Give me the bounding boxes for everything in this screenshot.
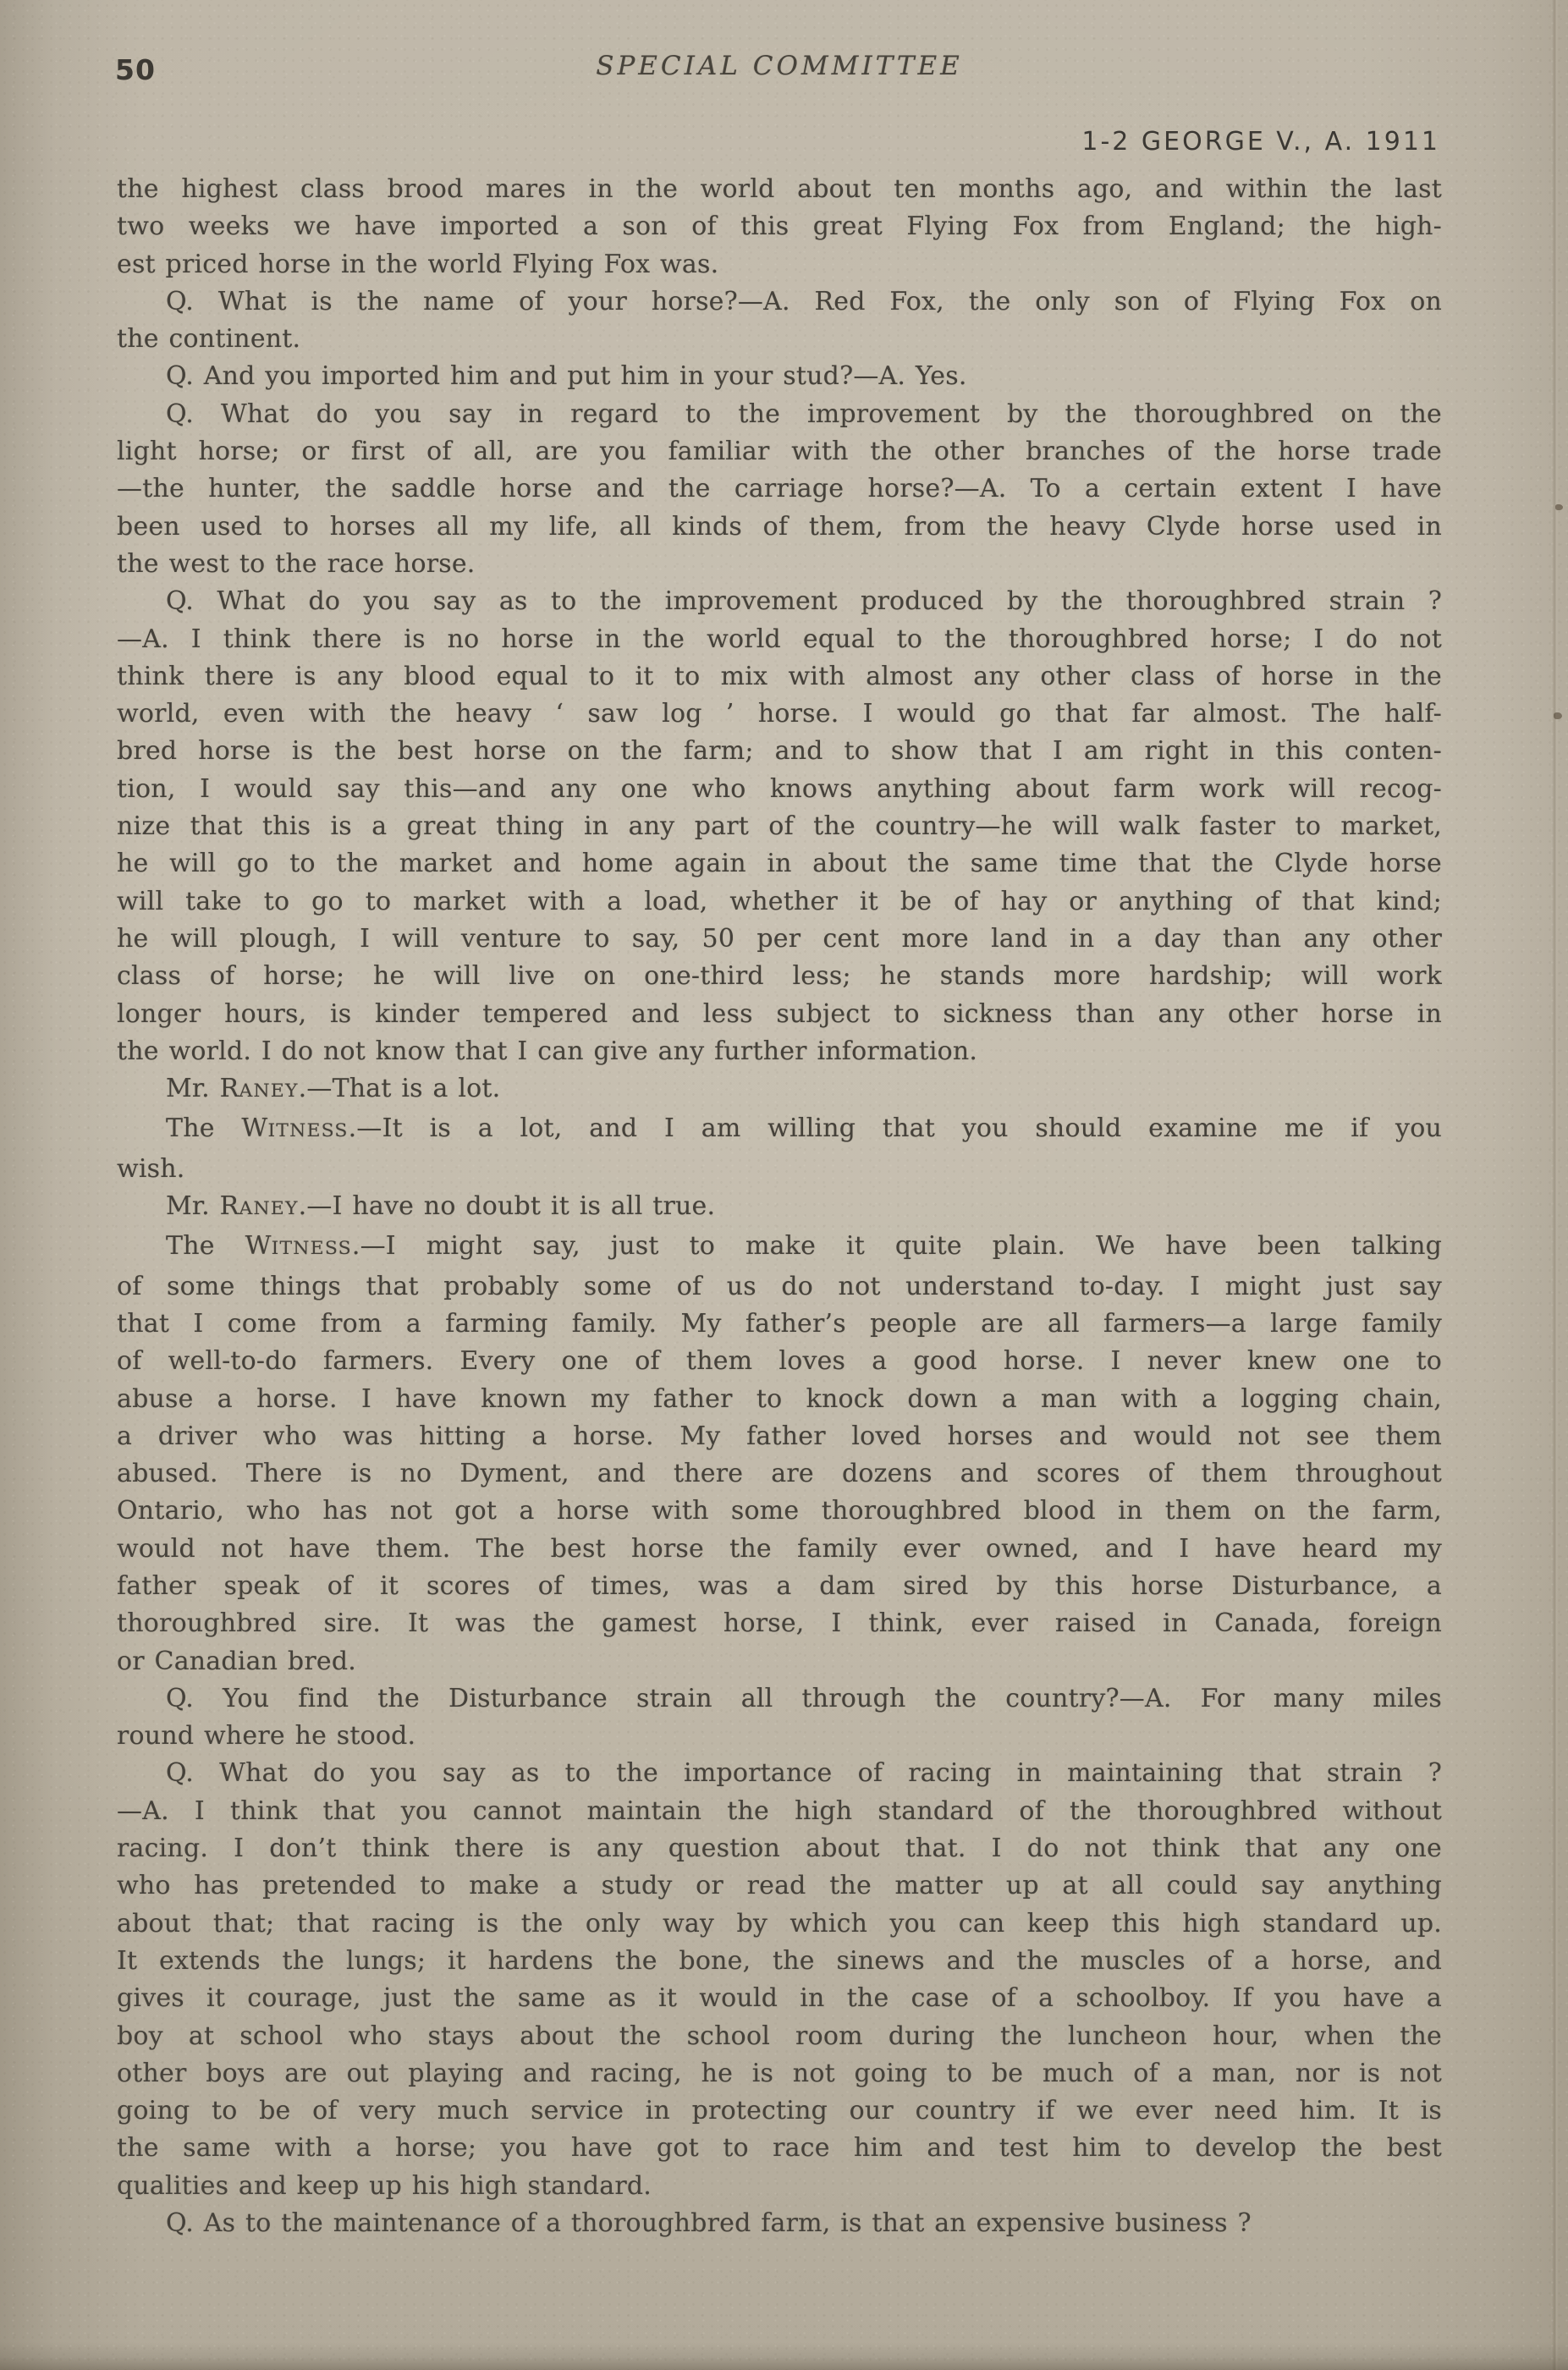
text-segment: Mr. R xyxy=(166,1191,239,1221)
page-number: 50 xyxy=(115,53,156,86)
text-segment: Q. What do you say as to the improvement… xyxy=(166,586,1442,616)
text-segment: of well-to-do farmers. Every one of them… xyxy=(117,1346,1442,1376)
text-segment: —A. I think that you cannot maintain the… xyxy=(117,1796,1442,1826)
text-line: he will plough, I will venture to say, 5… xyxy=(117,921,1442,958)
text-segment: Q. What is the name of your horse?—A. Re… xyxy=(166,287,1442,316)
text-segment: .—It is a lot, and I am willing that you… xyxy=(349,1114,1442,1143)
text-block: the highest class brood mares in the wor… xyxy=(117,171,1442,2242)
text-segment: been used to horses all my life, all kin… xyxy=(117,512,1442,542)
text-segment: Ontario, who has not got a horse with so… xyxy=(117,1496,1442,1526)
paragraph: Q. What is the name of your horse?—A. Re… xyxy=(117,283,1442,359)
text-segment: a driver who was hitting a horse. My fat… xyxy=(117,1421,1442,1451)
text-segment: father speak of it scores of times, was … xyxy=(117,1571,1442,1601)
text-line: class of horse; he will live on one-thir… xyxy=(117,958,1442,995)
page-edge-nick xyxy=(1555,504,1563,510)
text-line: Q. And you imported him and put him in y… xyxy=(117,358,1442,395)
text-segment: Q. You find the Disturbance strain all t… xyxy=(166,1684,1442,1713)
text-segment: the continent. xyxy=(117,324,300,354)
page-header: 50 SPECIAL COMMITTEE xyxy=(117,51,1442,86)
text-line: light horse; or first of all, are you fa… xyxy=(117,433,1442,470)
text-line: Q. What is the name of your horse?—A. Re… xyxy=(117,283,1442,321)
text-line: bred horse is the best horse on the farm… xyxy=(117,733,1442,770)
text-segment: the same with a horse; you have got to r… xyxy=(117,2133,1442,2163)
text-line: —A. I think that you cannot maintain the… xyxy=(117,1793,1442,1830)
text-segment: The W xyxy=(166,1114,267,1143)
session-line: 1-2 GEORGE V., A. 1911 xyxy=(117,127,1442,157)
text-line: wish. xyxy=(117,1151,1442,1188)
text-line: will take to go to market with a load, w… xyxy=(117,883,1442,921)
text-line: of well-to-do farmers. Every one of them… xyxy=(117,1343,1442,1380)
text-line: nize that this is a great thing in any p… xyxy=(117,808,1442,845)
text-line: think there is any blood equal to it to … xyxy=(117,658,1442,696)
text-segment: world, even with the heavy ‘ saw log ’ h… xyxy=(117,699,1442,729)
text-segment: two weeks we have imported a son of this… xyxy=(117,212,1442,241)
text-line: other boys are out playing and racing, h… xyxy=(117,2055,1442,2092)
text-segment: Q. As to the maintenance of a thoroughbr… xyxy=(166,2208,1252,2238)
text-line: Ontario, who has not got a horse with so… xyxy=(117,1493,1442,1530)
paragraph: Q. And you imported him and put him in y… xyxy=(117,358,1442,395)
running-title: SPECIAL COMMITTEE xyxy=(117,51,1442,81)
paragraph: the highest class brood mares in the wor… xyxy=(117,171,1442,283)
text-segment: or Canadian bred. xyxy=(117,1647,356,1676)
text-line: boy at school who stays about the school… xyxy=(117,2018,1442,2055)
small-caps-text: ITNESS xyxy=(267,1120,348,1141)
text-segment: longer hours, is kinder tempered and les… xyxy=(117,999,1442,1029)
text-segment: wish. xyxy=(117,1154,185,1184)
text-line: qualities and keep up his high standard. xyxy=(117,2168,1442,2205)
text-line: abuse a horse. I have known my father to… xyxy=(117,1381,1442,1418)
paragraph: The WITNESS.—I might say, just to make i… xyxy=(117,1228,1442,1680)
text-segment: nize that this is a great thing in any p… xyxy=(117,811,1442,841)
text-line: Q. What do you say as to the importance … xyxy=(117,1755,1442,1792)
text-segment: It extends the lungs; it hardens the bon… xyxy=(117,1946,1442,1976)
text-line: a driver who was hitting a horse. My fat… xyxy=(117,1418,1442,1455)
text-segment: tion, I would say this—and any one who k… xyxy=(117,774,1442,804)
text-line: Q. You find the Disturbance strain all t… xyxy=(117,1680,1442,1718)
text-segment: Q. What do you say in regard to the impr… xyxy=(166,399,1442,429)
text-segment: will take to go to market with a load, w… xyxy=(117,887,1442,916)
text-line: the continent. xyxy=(117,321,1442,358)
text-line: going to be of very much service in prot… xyxy=(117,2092,1442,2130)
paragraph: Q. What do you say in regard to the impr… xyxy=(117,396,1442,583)
text-line: world, even with the heavy ‘ saw log ’ h… xyxy=(117,696,1442,733)
text-line: The WITNESS.—I might say, just to make i… xyxy=(117,1228,1442,1267)
page-content: 50 SPECIAL COMMITTEE 1-2 GEORGE V., A. 1… xyxy=(117,0,1442,2242)
text-segment: abused. There is no Dyment, and there ar… xyxy=(117,1459,1442,1488)
text-line: about that; that racing is the only way … xyxy=(117,1905,1442,1943)
text-segment: the world. I do not know that I can give… xyxy=(117,1037,977,1066)
text-line: The WITNESS.—It is a lot, and I am willi… xyxy=(117,1110,1442,1150)
text-segment: going to be of very much service in prot… xyxy=(117,2096,1442,2125)
page-crease xyxy=(1552,0,1558,2370)
text-segment: the highest class brood mares in the wor… xyxy=(117,174,1442,204)
paragraph: Mr. RANEY.—I have no doubt it is all tru… xyxy=(117,1188,1442,1228)
text-line: that I come from a farming family. My fa… xyxy=(117,1306,1442,1343)
paragraph: Q. As to the maintenance of a thoroughbr… xyxy=(117,2205,1442,2242)
text-line: It extends the lungs; it hardens the bon… xyxy=(117,1943,1442,1980)
text-line: he will go to the market and home again … xyxy=(117,845,1442,883)
text-segment: other boys are out playing and racing, h… xyxy=(117,2059,1442,2088)
text-line: abused. There is no Dyment, and there ar… xyxy=(117,1455,1442,1493)
text-segment: Q. What do you say as to the importance … xyxy=(166,1758,1442,1788)
text-line: gives it courage, just the same as it wo… xyxy=(117,1980,1442,2017)
page-edge-nick xyxy=(1554,712,1562,719)
text-segment: of some things that probably some of us … xyxy=(117,1272,1442,1301)
text-segment: bred horse is the best horse on the farm… xyxy=(117,736,1442,766)
text-line: longer hours, is kinder tempered and les… xyxy=(117,996,1442,1033)
text-segment: qualities and keep up his high standard. xyxy=(117,2171,652,2201)
text-line: the world. I do not know that I can give… xyxy=(117,1033,1442,1070)
text-segment: that I come from a farming family. My fa… xyxy=(117,1309,1442,1339)
bottom-shadow xyxy=(0,2341,1568,2370)
text-segment: .—That is a lot. xyxy=(299,1074,501,1103)
text-line: tion, I would say this—and any one who k… xyxy=(117,771,1442,808)
text-line: thoroughbred sire. It was the gamest hor… xyxy=(117,1605,1442,1642)
text-line: round where he stood. xyxy=(117,1718,1442,1755)
text-segment: round where he stood. xyxy=(117,1721,415,1751)
text-line: the west to the race horse. xyxy=(117,546,1442,583)
paragraph: The WITNESS.—It is a lot, and I am willi… xyxy=(117,1110,1442,1188)
small-caps-text: ANEY xyxy=(239,1081,298,1102)
small-caps-text: ANEY xyxy=(239,1198,298,1219)
text-segment: think there is any blood equal to it to … xyxy=(117,662,1442,691)
text-line: Mr. RANEY.—That is a lot. xyxy=(117,1070,1442,1110)
text-segment: The W xyxy=(166,1231,272,1261)
small-caps-text: ITNESS xyxy=(272,1238,352,1259)
text-segment: he will go to the market and home again … xyxy=(117,849,1442,878)
text-line: who has pretended to make a study or rea… xyxy=(117,1867,1442,1905)
text-line: the same with a horse; you have got to r… xyxy=(117,2130,1442,2167)
text-line: of some things that probably some of us … xyxy=(117,1268,1442,1306)
text-segment: thoroughbred sire. It was the gamest hor… xyxy=(117,1608,1442,1638)
text-segment: —the hunter, the saddle horse and the ca… xyxy=(117,474,1442,503)
paragraph: Q. You find the Disturbance strain all t… xyxy=(117,1680,1442,1756)
text-segment: who has pretended to make a study or rea… xyxy=(117,1871,1442,1900)
text-segment: light horse; or first of all, are you fa… xyxy=(117,437,1442,466)
text-line: Q. What do you say as to the improvement… xyxy=(117,583,1442,620)
text-segment: about that; that racing is the only way … xyxy=(117,1909,1442,1938)
text-line: Mr. RANEY.—I have no doubt it is all tru… xyxy=(117,1188,1442,1228)
text-segment: boy at school who stays about the school… xyxy=(117,2021,1442,2051)
text-segment: —A. I think there is no horse in the wor… xyxy=(117,624,1442,654)
paragraph: Q. What do you say as to the importance … xyxy=(117,1755,1442,2205)
text-segment: Q. And you imported him and put him in y… xyxy=(166,361,967,391)
text-segment: .—I might say, just to make it quite pla… xyxy=(352,1231,1442,1261)
text-segment: abuse a horse. I have known my father to… xyxy=(117,1384,1442,1414)
text-segment: he will plough, I will venture to say, 5… xyxy=(117,924,1442,954)
text-segment: the west to the race horse. xyxy=(117,549,476,579)
text-segment: class of horse; he will live on one-thir… xyxy=(117,961,1442,991)
text-line: or Canadian bred. xyxy=(117,1643,1442,1680)
text-segment: .—I have no doubt it is all true. xyxy=(299,1191,716,1221)
text-segment: est priced horse in the world Flying Fox… xyxy=(117,250,718,279)
text-line: the highest class brood mares in the wor… xyxy=(117,171,1442,208)
paragraph: Mr. RANEY.—That is a lot. xyxy=(117,1070,1442,1110)
text-line: Q. As to the maintenance of a thoroughbr… xyxy=(117,2205,1442,2242)
text-line: Q. What do you say in regard to the impr… xyxy=(117,396,1442,433)
text-line: been used to horses all my life, all kin… xyxy=(117,509,1442,546)
scanned-page: 50 SPECIAL COMMITTEE 1-2 GEORGE V., A. 1… xyxy=(0,0,1568,2370)
text-segment: racing. I don’t think there is any quest… xyxy=(117,1834,1442,1863)
text-line: —the hunter, the saddle horse and the ca… xyxy=(117,470,1442,508)
text-segment: would not have them. The best horse the … xyxy=(117,1534,1442,1564)
text-line: est priced horse in the world Flying Fox… xyxy=(117,246,1442,283)
paragraph: Q. What do you say as to the improvement… xyxy=(117,583,1442,1070)
text-segment: gives it courage, just the same as it wo… xyxy=(117,1983,1442,2013)
text-line: father speak of it scores of times, was … xyxy=(117,1568,1442,1605)
text-line: would not have them. The best horse the … xyxy=(117,1531,1442,1568)
text-line: —A. I think there is no horse in the wor… xyxy=(117,621,1442,658)
text-line: racing. I don’t think there is any quest… xyxy=(117,1830,1442,1867)
text-line: two weeks we have imported a son of this… xyxy=(117,208,1442,245)
text-segment: Mr. R xyxy=(166,1074,239,1103)
